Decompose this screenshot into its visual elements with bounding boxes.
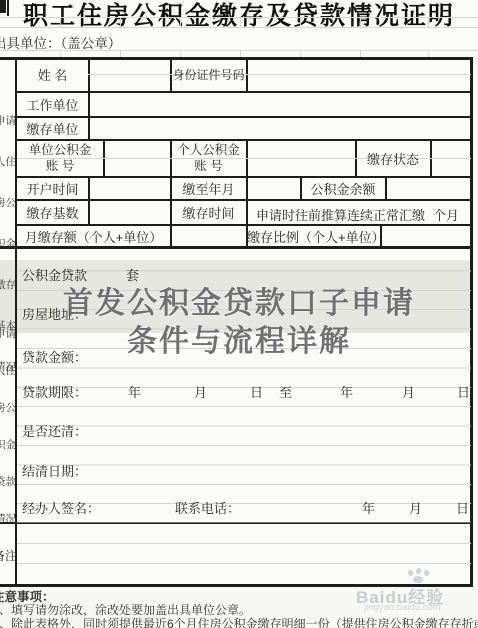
monthly-deposit-label: 月缴存额（个人+单位） [17,225,170,247]
personal-account-label: 个人公积金 账 号 [171,140,246,176]
form-document: 职工住房公积金缴存及贷款情况证明 出具单位：（盖公章） [0,0,478,628]
paw-icon [413,576,423,583]
grid-line [428,17,429,27]
term-month2: 月 [402,382,415,401]
grid-line [240,17,241,27]
col-line [88,57,90,140]
grid-line [0,27,478,28]
brand-watermark: Baidu经验 jingyan.baidu.com [350,568,478,618]
grid-line [180,50,181,57]
work-unit-label: 工作单位 [17,92,88,116]
grid-line [88,74,471,75]
issuer-line: 出具单位：（盖公章） [0,32,121,52]
deposit-ratio-label: 缴存比例（个人+单位） [247,225,380,247]
grid-line [300,17,301,27]
paw-icon [416,568,421,574]
grid-line [0,17,478,18]
sign-day: 日 [456,498,469,517]
grid-line [60,17,61,27]
grid-line [240,50,241,57]
sign-month: 月 [409,498,422,517]
grid-line [428,50,429,57]
unit-account-label-line1: 单位公积金 [29,142,92,158]
grid-line [360,50,361,57]
unit-account-label: 单位公积金 账 号 [17,140,103,176]
cropped-corner-mark [0,0,6,13]
open-date-label: 开户时间 [17,177,88,199]
deposit-status-label: 缴存状态 [356,140,430,176]
side-label-line: 房公 [0,399,21,418]
paid-through-label: 缴至年月 [171,177,246,199]
brand-url: jingyan.baidu.com [364,602,441,613]
personal-account-label-line1: 个人公积金 [177,142,240,158]
term-to: 至 [279,382,292,401]
grid-line [17,563,471,564]
paw-icon [424,570,429,576]
id-number-label: 身份证件号码 [171,58,246,91]
side-label-line: 贷款 [0,473,21,492]
name-label: 姓 名 [17,58,88,91]
handler-row: 经办人签名： 联系电话： 年 月 日 [0,498,478,516]
duration-note: 申请时往前推算连续正常汇缴 [256,205,425,224]
deposit-time-label: 缴存时间 [171,200,246,224]
term-day2: 日 [457,382,470,401]
grid-line [300,50,301,57]
cropped-corner-line [7,0,9,16]
handler-signature-label: 经办人签名： [22,498,100,517]
col-line [88,176,90,225]
settle-date-label: 结清日期： [22,461,87,480]
sign-year: 年 [362,498,375,517]
side-label-remark: 备注 [0,547,17,564]
balance-label: 公积金余额 [301,177,385,199]
unit-account-label-line2: 账 号 [46,158,74,174]
loan-term-label: 贷款期限： [22,382,87,401]
side-label-line: 积金 [0,436,21,455]
grid-line [17,543,471,544]
deposit-unit-label: 缴存单位 [17,117,88,139]
grid-line [180,17,181,27]
personal-account-label-line2: 账 号 [194,158,222,174]
center-watermark-line2: 条件与流程详解 [0,316,478,360]
term-year1: 年 [128,382,141,401]
grid-line [360,17,361,27]
duration-unit: 个月 [433,205,459,224]
grid-line [120,17,121,27]
paw-icon [408,570,413,576]
col-line [385,176,387,200]
deposit-base-label: 缴存基数 [17,200,88,224]
term-month1: 月 [194,382,207,401]
contact-phone-label: 联系电话： [175,498,240,517]
loan-term-row: 贷款期限： 年 月 日 至 年 月 日 [0,382,478,400]
paid-off-label: 是否还清： [22,421,87,440]
term-year2: 年 [340,382,353,401]
side-label-line: 人住 [0,362,21,381]
term-day1: 日 [250,382,263,401]
